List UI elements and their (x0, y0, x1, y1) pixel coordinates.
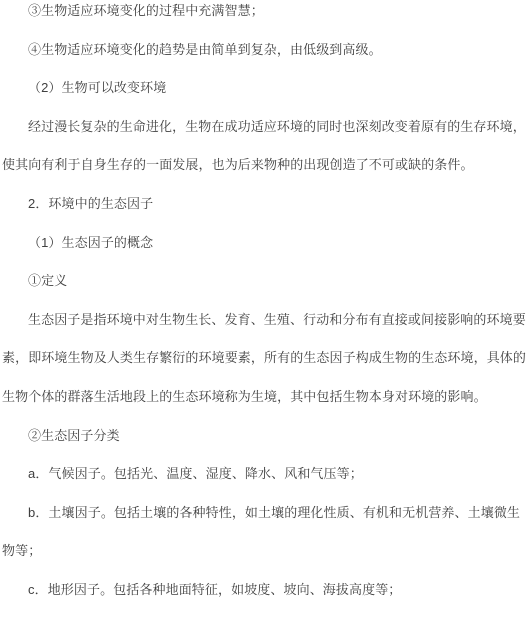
text-line: b．土壤因子。包括土壤的各种特性，如土壤的理化性质、有机和无机营养、土壤微生 (2, 494, 526, 533)
text-line: 2．环境中的生态因子 (2, 185, 526, 224)
document-page: ③生物适应环境变化的过程中充满智慧；④生物适应环境变化的趋势是由简单到复杂，由低… (0, 0, 528, 610)
document-body: ③生物适应环境变化的过程中充满智慧；④生物适应环境变化的趋势是由简单到复杂，由低… (2, 0, 526, 610)
text-line: ③生物适应环境变化的过程中充满智慧； (2, 0, 526, 31)
text-line: ④生物适应环境变化的趋势是由简单到复杂，由低级到高级。 (2, 31, 526, 70)
text-line: 生物个体的群落生活地段上的生态环境称为生境，其中包括生物本身对环境的影响。 (2, 378, 526, 417)
text-line: 经过漫长复杂的生命进化，生物在成功适应环境的同时也深刻改变着原有的生存环境， (2, 108, 526, 147)
text-line: c．地形因子。包括各种地面特征，如坡度、坡向、海拔高度等； (2, 571, 526, 610)
text-line: ②生态因子分类 (2, 417, 526, 456)
text-line: （2）生物可以改变环境 (2, 69, 526, 108)
text-line: ①定义 (2, 262, 526, 301)
text-line: 物等； (2, 532, 526, 571)
text-line: 使其向有利于自身生存的一面发展，也为后来物种的出现创造了不可或缺的条件。 (2, 146, 526, 185)
text-line: 素，即环境生物及人类生存繁衍的环境要素，所有的生态因子构成生物的生态环境，具体的 (2, 339, 526, 378)
text-line: （1）生态因子的概念 (2, 224, 526, 263)
text-line: 生态因子是指环境中对生物生长、发育、生殖、行动和分布有直接或间接影响的环境要 (2, 301, 526, 340)
text-line: a．气候因子。包括光、温度、湿度、降水、风和气压等； (2, 455, 526, 494)
